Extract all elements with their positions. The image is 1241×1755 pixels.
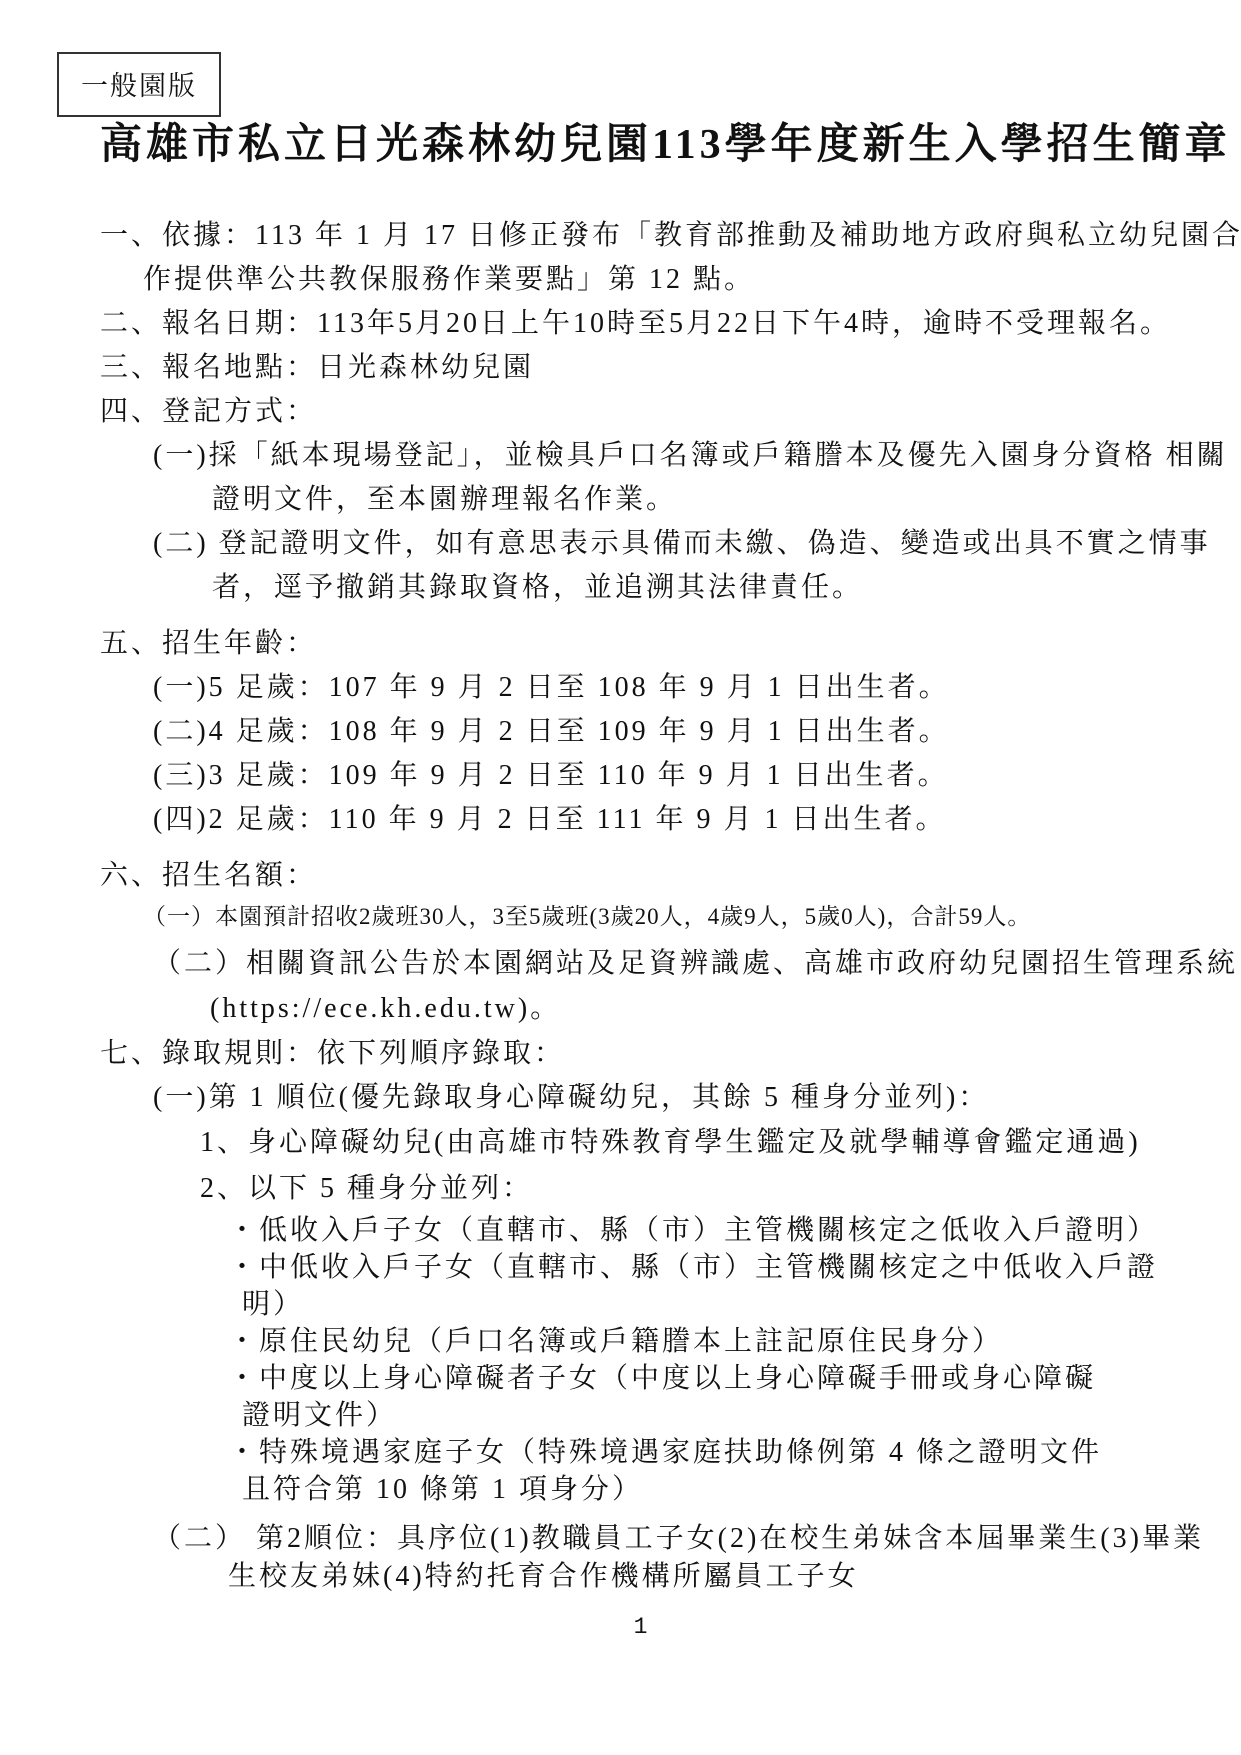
doc-line: (四)2 足歲：110 年 9 月 2 日至 111 年 9 月 1 日出生者。 xyxy=(153,798,1181,842)
doc-line: (一)5 足歲：107 年 9 月 2 日至 108 年 9 月 1 日出生者。 xyxy=(153,666,1181,710)
doc-line: (https://ece.kh.edu.tw)。 xyxy=(210,986,1181,1032)
page-number: 1 xyxy=(100,1612,1181,1642)
doc-line: (二)4 足歲：108 年 9 月 2 日至 109 年 9 月 1 日出生者。 xyxy=(153,710,1181,754)
document-page: 高雄市私立日光森林幼兒園113學年度新生入學招生簡章 一、依據：113 年 1 … xyxy=(0,114,1241,1642)
doc-line: 證明文件，至本園辦理報名作業。 xyxy=(212,478,1181,522)
doc-line: 且符合第 10 條第 1 項身分） xyxy=(242,1471,1181,1508)
doc-line: (一)第 1 順位(優先錄取身心障礙幼兒，其餘 5 種身分並列)： xyxy=(153,1076,1181,1120)
doc-line: (三)3 足歲：109 年 9 月 2 日至 110 年 9 月 1 日出生者。 xyxy=(153,754,1181,798)
doc-line: 四、登記方式： xyxy=(100,390,1181,434)
doc-line: 五、招生年齡： xyxy=(100,622,1181,666)
doc-line: （二） 第2順位：具序位(1)教職員工子女(2)在校生弟妹含本屆畢業生(3)畢業 xyxy=(153,1520,1181,1558)
doc-line: 六、招生名額： xyxy=(100,854,1181,898)
doc-line: (二) 登記證明文件，如有意思表示具備而未繳、偽造、變造或出具不實之情事 xyxy=(153,522,1181,566)
doc-line: 1、身心障礙幼兒(由高雄市特殊教育學生鑑定及就學輔導會鑑定通過) xyxy=(200,1120,1181,1166)
doc-line: （一）本園預計招收2歲班30人，3至5歲班(3歲20人，4歲9人，5歲0人)，合… xyxy=(143,898,1181,936)
doc-line: ・中低收入戶子女（直轄市、縣（市）主管機關核定之中低收入戶證 xyxy=(228,1249,1181,1286)
doc-line: 三、報名地點：日光森林幼兒園 xyxy=(100,346,1181,390)
doc-line: ・特殊境遇家庭子女（特殊境遇家庭扶助條例第 4 條之證明文件 xyxy=(228,1434,1181,1471)
version-badge: 一般園版 xyxy=(57,52,221,117)
page-title: 高雄市私立日光森林幼兒園113學年度新生入學招生簡章 xyxy=(100,114,1231,176)
doc-line: 生校友弟妹(4)特約托育合作機構所屬員工子女 xyxy=(228,1558,1181,1596)
doc-line: 2、以下 5 種身分並列： xyxy=(200,1166,1181,1212)
doc-line: （二）相關資訊公告於本園網站及足資辨識處、高雄市政府幼兒園招生管理系統 xyxy=(153,942,1181,986)
doc-line: 二、報名日期：113年5月20日上午10時至5月22日下午4時，逾時不受理報名。 xyxy=(100,302,1181,346)
doc-line: ・原住民幼兒（戶口名簿或戶籍謄本上註記原住民身分） xyxy=(228,1323,1181,1360)
doc-line: 作提供準公共教保服務作業要點」第 12 點。 xyxy=(143,258,1181,302)
doc-line: 七、錄取規則：依下列順序錄取： xyxy=(100,1032,1181,1076)
doc-line: ・低收入戶子女（直轄市、縣（市）主管機關核定之低收入戶證明） xyxy=(228,1212,1181,1249)
doc-line: (一)採「紙本現場登記」，並檢具戶口名簿或戶籍謄本及優先入園身分資格 相關 xyxy=(153,434,1181,478)
doc-line: 明） xyxy=(242,1286,1181,1323)
doc-line: 證明文件） xyxy=(242,1397,1181,1434)
document-body: 一、依據：113 年 1 月 17 日修正發布「教育部推動及補助地方政府與私立幼… xyxy=(100,214,1181,1596)
doc-line: ・中度以上身心障礙者子女（中度以上身心障礙手冊或身心障礙 xyxy=(228,1360,1181,1397)
doc-line: 一、依據：113 年 1 月 17 日修正發布「教育部推動及補助地方政府與私立幼… xyxy=(100,214,1181,258)
doc-line: 者，逕予撤銷其錄取資格，並追溯其法律責任。 xyxy=(212,566,1181,610)
